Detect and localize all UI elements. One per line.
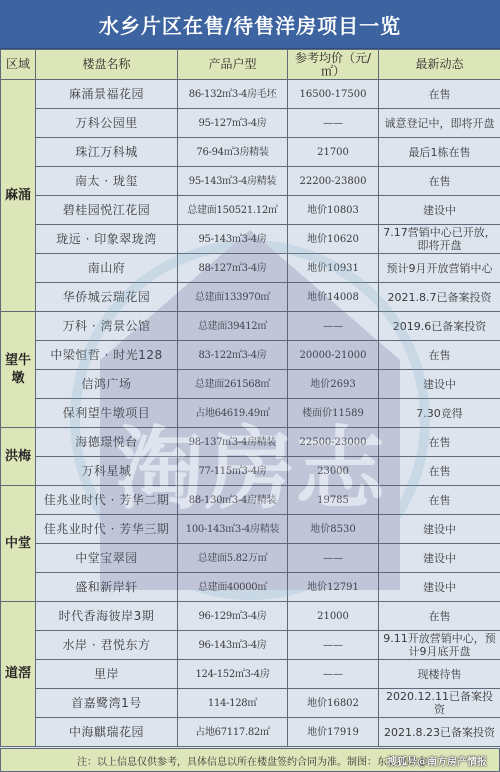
status-cell: 2019.6已备案投资 bbox=[379, 312, 500, 341]
product-cell: 100-143㎡3-4房精装 bbox=[178, 515, 288, 544]
price-cell: 地价17919 bbox=[288, 718, 379, 747]
table-row: 佳兆业时代 · 芳华三期100-143㎡3-4房精装地价8530建设中 bbox=[1, 515, 500, 544]
product-cell: 76-94㎡3房精装 bbox=[178, 138, 288, 167]
status-cell: 2021.8.23已备案投资 bbox=[379, 718, 500, 747]
project-name-cell: 佳兆业时代 · 芳华二期 bbox=[36, 486, 178, 515]
status-cell: 在售 bbox=[379, 602, 500, 631]
table-row: 珠江万科城76-94㎡3房精装21700最后1栋在售 bbox=[1, 138, 500, 167]
table-row: 水岸 · 君悦东方96-143㎡3-4房——9.11开放营销中心，预计9月底开盘 bbox=[1, 631, 500, 660]
status-cell: 建设中 bbox=[379, 573, 500, 602]
footer-watermark: 搜狐号@南方房产情报 bbox=[387, 753, 487, 768]
project-name-cell: 时代香海彼岸3期 bbox=[36, 602, 178, 631]
price-cell: 16500-17500 bbox=[288, 80, 379, 109]
price-cell: 地价10931 bbox=[288, 254, 379, 283]
footer-note-text: 注：以上信息仅供参考，具体信息以所在楼盘签约合同为准。制图：东莞淘房志 bbox=[77, 753, 427, 768]
product-cell: 95-143㎡3-4房精装 bbox=[178, 167, 288, 196]
price-cell: 21000 bbox=[288, 602, 379, 631]
product-cell: 124-152㎡3-4房 bbox=[178, 660, 288, 689]
status-cell: 在售 bbox=[379, 457, 500, 486]
status-cell: 在售 bbox=[379, 428, 500, 457]
table-row: 里岸124-152㎡3-4房——现楼待售 bbox=[1, 660, 500, 689]
table-row: 洪梅海德璟悦台98-137㎡3-4房精装22500-23000在售 bbox=[1, 428, 500, 457]
price-cell: —— bbox=[288, 660, 379, 689]
table-row: 保利望牛墩项目占地64619.49㎡楼面价115897.30竞得 bbox=[1, 399, 500, 428]
table-row: 中堂宝翠园总建面5.82万㎡——建设中 bbox=[1, 544, 500, 573]
status-cell: 在售 bbox=[379, 80, 500, 109]
product-cell: 总建面5.82万㎡ bbox=[178, 544, 288, 573]
price-cell: 22500-23000 bbox=[288, 428, 379, 457]
product-cell: 总建面39412㎡ bbox=[178, 312, 288, 341]
status-cell: 在售 bbox=[379, 486, 500, 515]
table-row: 中梁恒哲 · 时光12883-122㎡3-4房20000-21000在售 bbox=[1, 341, 500, 370]
table-row: 道滘时代香海彼岸3期96-129㎡3-4房21000在售 bbox=[1, 602, 500, 631]
product-cell: 95-143㎡3-4房 bbox=[178, 225, 288, 254]
product-cell: 88-127㎡3-4房 bbox=[178, 254, 288, 283]
footer-note: 注：以上信息仅供参考，具体信息以所在楼盘签约合同为准。制图：东莞淘房志 搜狐号@… bbox=[0, 748, 500, 772]
table-row: 珑远 · 印象翠珑湾95-143㎡3-4房地价106207.17营销中心已开放，… bbox=[1, 225, 500, 254]
product-cell: 总建面261568㎡ bbox=[178, 370, 288, 399]
price-cell: 地价8530 bbox=[288, 515, 379, 544]
region-cell: 洪梅 bbox=[1, 428, 36, 486]
project-name-cell: 万科星城 bbox=[36, 457, 178, 486]
price-cell: —— bbox=[288, 312, 379, 341]
status-cell: 现楼待售 bbox=[379, 660, 500, 689]
status-cell: 最后1栋在售 bbox=[379, 138, 500, 167]
region-cell: 望牛墩 bbox=[1, 312, 36, 428]
project-name-cell: 佳兆业时代 · 芳华三期 bbox=[36, 515, 178, 544]
column-header-product: 产品户型 bbox=[178, 50, 288, 80]
product-cell: 占地67117.82㎡ bbox=[178, 718, 288, 747]
table-row: 中堂佳兆业时代 · 芳华二期88-130㎡3-4房精装19785在售 bbox=[1, 486, 500, 515]
status-cell: 预计9月开放营销中心 bbox=[379, 254, 500, 283]
price-cell: 19785 bbox=[288, 486, 379, 515]
price-cell: 地价10620 bbox=[288, 225, 379, 254]
project-name-cell: 水岸 · 君悦东方 bbox=[36, 631, 178, 660]
status-cell: 7.30竞得 bbox=[379, 399, 500, 428]
price-cell: 楼面价11589 bbox=[288, 399, 379, 428]
product-cell: 77-115㎡3-4房 bbox=[178, 457, 288, 486]
table-row: 华侨城云瑞花园总建面133970㎡地价140082021.8.7已备案投资 bbox=[1, 283, 500, 312]
project-name-cell: 海德璟悦台 bbox=[36, 428, 178, 457]
project-name-cell: 华侨城云瑞花园 bbox=[36, 283, 178, 312]
product-cell: 86-132㎡3-4房毛坯 bbox=[178, 80, 288, 109]
price-cell: 地价2693 bbox=[288, 370, 379, 399]
table-row: 信鸿广场总建面261568㎡地价2693建设中 bbox=[1, 370, 500, 399]
product-cell: 96-143㎡3-4房 bbox=[178, 631, 288, 660]
price-cell: 22200-23800 bbox=[288, 167, 379, 196]
product-cell: 总建面133970㎡ bbox=[178, 283, 288, 312]
region-cell: 中堂 bbox=[1, 486, 36, 602]
status-cell: 2020.12.11已备案投资 bbox=[379, 689, 500, 718]
price-cell: 地价14008 bbox=[288, 283, 379, 312]
column-header-name: 楼盘名称 bbox=[36, 50, 178, 80]
project-name-cell: 万科 · 湾景公馆 bbox=[36, 312, 178, 341]
page-title: 水乡片区在售/待售洋房项目一览 bbox=[0, 0, 500, 49]
project-name-cell: 南太 · 珑玺 bbox=[36, 167, 178, 196]
price-cell: —— bbox=[288, 109, 379, 138]
project-name-cell: 碧桂园悦江花园 bbox=[36, 196, 178, 225]
status-cell: 建设中 bbox=[379, 544, 500, 573]
project-name-cell: 中海麒瑞花园 bbox=[36, 718, 178, 747]
table-row: 碧桂园悦江花园总建面150521.12㎡地价10803建设中 bbox=[1, 196, 500, 225]
price-cell: 地价16802 bbox=[288, 689, 379, 718]
column-header-region: 区域 bbox=[1, 50, 36, 80]
product-cell: 96-129㎡3-4房 bbox=[178, 602, 288, 631]
status-cell: 建设中 bbox=[379, 370, 500, 399]
table-row: 南太 · 珑玺95-143㎡3-4房精装22200-23800在售 bbox=[1, 167, 500, 196]
price-cell: 20000-21000 bbox=[288, 341, 379, 370]
project-name-cell: 万科公园里 bbox=[36, 109, 178, 138]
price-cell: 23000 bbox=[288, 457, 379, 486]
product-cell: 总建面40000㎡ bbox=[178, 573, 288, 602]
project-name-cell: 中梁恒哲 · 时光128 bbox=[36, 341, 178, 370]
project-name-cell: 中堂宝翠园 bbox=[36, 544, 178, 573]
table-row: 万科星城77-115㎡3-4房23000在售 bbox=[1, 457, 500, 486]
region-cell: 道滘 bbox=[1, 602, 36, 747]
project-name-cell: 南山府 bbox=[36, 254, 178, 283]
table-row: 万科公园里95-127㎡3-4房——诚意登记中，即将开盘 bbox=[1, 109, 500, 138]
product-cell: 88-130㎡3-4房精装 bbox=[178, 486, 288, 515]
project-name-cell: 里岸 bbox=[36, 660, 178, 689]
table-row: 南山府88-127㎡3-4房地价10931预计9月开放营销中心 bbox=[1, 254, 500, 283]
project-name-cell: 珠江万科城 bbox=[36, 138, 178, 167]
price-cell: 地价12791 bbox=[288, 573, 379, 602]
product-cell: 114-128㎡ bbox=[178, 689, 288, 718]
table-row: 中海麒瑞花园占地67117.82㎡地价179192021.8.23已备案投资 bbox=[1, 718, 500, 747]
status-cell: 在售 bbox=[379, 341, 500, 370]
status-cell: 建设中 bbox=[379, 196, 500, 225]
table-row: 盛和新岸轩总建面40000㎡地价12791建设中 bbox=[1, 573, 500, 602]
column-header-price: 参考均价（元/㎡） bbox=[288, 50, 379, 80]
table-row: 首嘉鹭湾1号114-128㎡地价168022020.12.11已备案投资 bbox=[1, 689, 500, 718]
price-cell: 地价10803 bbox=[288, 196, 379, 225]
price-cell: —— bbox=[288, 544, 379, 573]
product-cell: 总建面150521.12㎡ bbox=[178, 196, 288, 225]
status-cell: 2021.8.7已备案投资 bbox=[379, 283, 500, 312]
project-name-cell: 麻涌景福花园 bbox=[36, 80, 178, 109]
column-header-status: 最新动态 bbox=[379, 50, 500, 80]
project-name-cell: 保利望牛墩项目 bbox=[36, 399, 178, 428]
projects-table: 区域 楼盘名称 产品户型 参考均价（元/㎡） 最新动态 麻涌麻涌景福花园86-1… bbox=[0, 49, 500, 747]
table-row: 麻涌麻涌景福花园86-132㎡3-4房毛坯16500-17500在售 bbox=[1, 80, 500, 109]
price-cell: 21700 bbox=[288, 138, 379, 167]
product-cell: 98-137㎡3-4房精装 bbox=[178, 428, 288, 457]
project-name-cell: 首嘉鹭湾1号 bbox=[36, 689, 178, 718]
project-name-cell: 盛和新岸轩 bbox=[36, 573, 178, 602]
status-cell: 9.11开放营销中心，预计9月底开盘 bbox=[379, 631, 500, 660]
status-cell: 在售 bbox=[379, 167, 500, 196]
price-cell: —— bbox=[288, 631, 379, 660]
product-cell: 83-122㎡3-4房 bbox=[178, 341, 288, 370]
status-cell: 建设中 bbox=[379, 515, 500, 544]
table-header-row: 区域 楼盘名称 产品户型 参考均价（元/㎡） 最新动态 bbox=[1, 50, 500, 80]
region-cell: 麻涌 bbox=[1, 80, 36, 312]
status-cell: 诚意登记中，即将开盘 bbox=[379, 109, 500, 138]
project-name-cell: 珑远 · 印象翠珑湾 bbox=[36, 225, 178, 254]
product-cell: 95-127㎡3-4房 bbox=[178, 109, 288, 138]
status-cell: 7.17营销中心已开放，即将开盘 bbox=[379, 225, 500, 254]
table-row: 望牛墩万科 · 湾景公馆总建面39412㎡——2019.6已备案投资 bbox=[1, 312, 500, 341]
project-name-cell: 信鸿广场 bbox=[36, 370, 178, 399]
product-cell: 占地64619.49㎡ bbox=[178, 399, 288, 428]
